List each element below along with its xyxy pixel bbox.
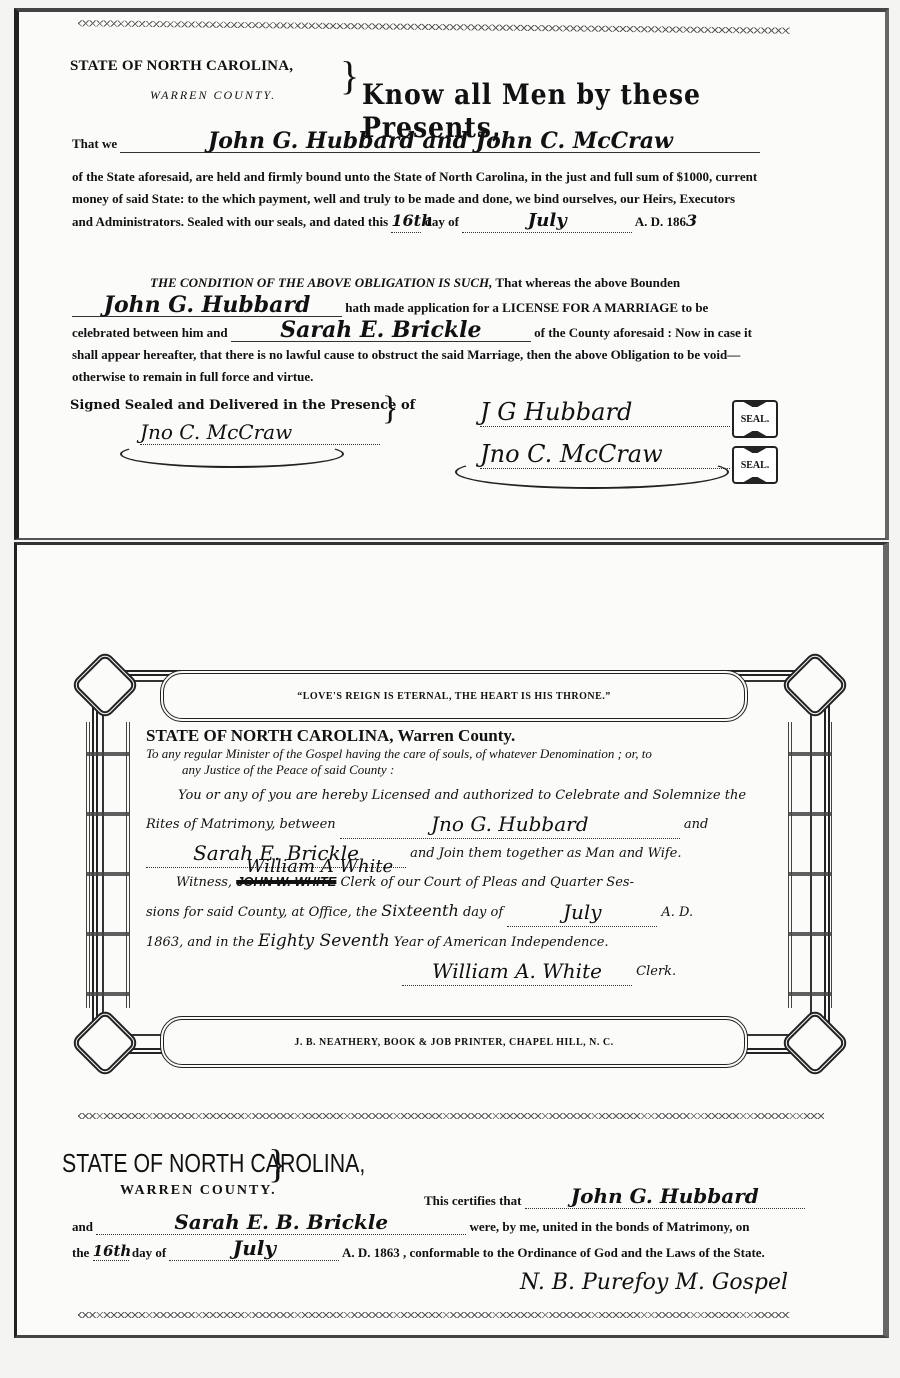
- obligors-handwritten: John G. Hubbard and John C. McCraw: [120, 130, 760, 153]
- license-heading: STATE OF NORTH CAROLINA, Warren County.: [146, 726, 780, 746]
- brace-icon: }: [268, 1144, 287, 1184]
- seal-2: SEAL.: [732, 446, 778, 484]
- license-body: STATE OF NORTH CAROLINA, Warren County. …: [146, 726, 780, 986]
- clerk-name-overwrite: William A White: [246, 853, 393, 881]
- bond-condition: THE CONDITION OF THE ABOVE OBLIGATION IS…: [72, 272, 792, 388]
- ornament-corner-icon: [72, 652, 132, 712]
- bond-obligors-line: That we John G. Hubbard and John C. McCr…: [72, 130, 792, 155]
- motto-banner: “LOVE'S REIGN IS ETERNAL, THE HEART IS H…: [160, 670, 748, 722]
- printer-banner: J. B. NEATHERY, BOOK & JOB PRINTER, CHAP…: [160, 1016, 748, 1068]
- bride-handwritten: Sarah E. Brickle: [231, 319, 531, 342]
- cert-state-heading: STATE OF NORTH CAROLINA,: [62, 1148, 365, 1179]
- bond-state-heading: STATE OF NORTH CAROLINA,: [70, 58, 293, 75]
- bond-para-line-3: and Administrators. Sealed with our seal…: [72, 210, 792, 233]
- ornament-side-right-icon: [788, 722, 832, 1008]
- that-we-label: That we: [72, 136, 117, 151]
- witness-label: Signed Sealed and Delivered in the Prese…: [70, 398, 415, 413]
- independence-year-handwritten: Eighty Seventh: [258, 931, 390, 951]
- seal-1: SEAL.: [732, 400, 778, 438]
- bond-month-handwritten: July: [462, 210, 632, 233]
- cert-county-heading: WARREN COUNTY.: [120, 1183, 277, 1199]
- cert-day-handwritten: 16th: [93, 1242, 129, 1261]
- signature-hubbard: J G Hubbard: [480, 398, 730, 427]
- clerk-signature: William A. White: [402, 957, 632, 986]
- bond-para-line-1: of the State aforesaid, are held and fir…: [72, 166, 792, 188]
- license-month-handwritten: July: [507, 898, 657, 927]
- bottom-wavy-divider: [78, 1312, 790, 1318]
- license-day-handwritten: Sixteenth: [381, 901, 459, 920]
- ornament-corner-icon: [782, 1010, 842, 1070]
- bond-para-line-2: money of said State: to the which paymen…: [72, 188, 792, 210]
- officiant-signature: N. B. Purefoy M. Gospel: [520, 1270, 820, 1295]
- cert-month-handwritten: July: [169, 1236, 339, 1261]
- bond-county-heading: WARREN COUNTY.: [150, 88, 276, 103]
- certificate-wavy-divider: [78, 1113, 824, 1119]
- bond-paragraph: of the State aforesaid, are held and fir…: [72, 166, 792, 233]
- bond-year-handwritten: 3: [686, 211, 697, 230]
- brace-icon: }: [382, 392, 398, 426]
- condition-heading: THE CONDITION OF THE ABOVE OBLIGATION IS…: [150, 275, 492, 290]
- signature-flourish: [120, 440, 344, 468]
- brace-icon: }: [340, 56, 359, 96]
- signature-flourish: [455, 455, 729, 489]
- bond-day-handwritten: 16th: [391, 210, 421, 233]
- ornament-corner-icon: [72, 1010, 132, 1070]
- ornament-side-left-icon: [86, 722, 130, 1008]
- ornament-corner-icon: [782, 652, 842, 712]
- cert-bride-handwritten: Sarah E. B. Brickle: [96, 1210, 466, 1235]
- license-groom-handwritten: Jno G. Hubbard: [340, 810, 680, 839]
- cert-groom-handwritten: John G. Hubbard: [525, 1184, 805, 1209]
- applicant-handwritten: John G. Hubbard: [72, 294, 342, 317]
